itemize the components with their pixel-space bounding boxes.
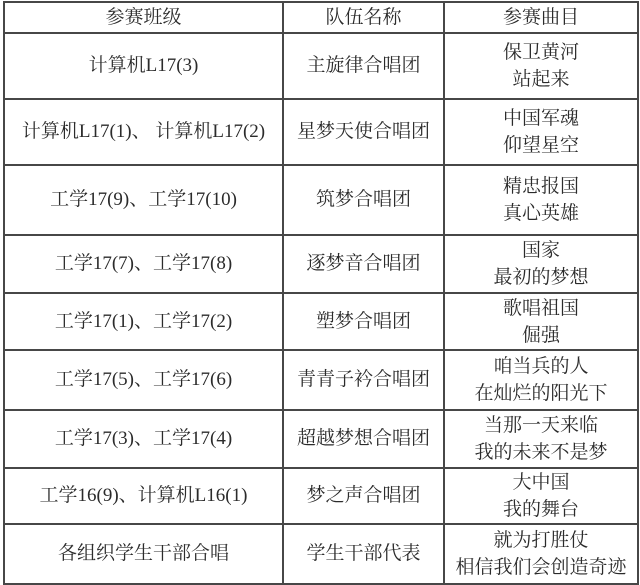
class-cell: 工学16(9)、计算机L16(1) xyxy=(4,468,283,524)
class-cell: 工学17(5)、工学17(6) xyxy=(4,350,283,410)
team-cell: 塑梦合唱团 xyxy=(283,293,444,350)
class-cell: 计算机L17(1)、 计算机L17(2) xyxy=(4,99,283,165)
song-line-2: 我的未来不是梦 xyxy=(447,439,635,466)
header-songs-column: 参赛曲目 xyxy=(444,2,638,33)
songs-cell: 歌唱祖国 倔强 xyxy=(444,293,638,350)
song-line-2: 最初的梦想 xyxy=(447,264,635,291)
header-team-column: 队伍名称 xyxy=(283,2,444,33)
song-line-1: 咱当兵的人 xyxy=(447,353,635,380)
song-line-2: 倔强 xyxy=(447,322,635,349)
song-line-2: 在灿烂的阳光下 xyxy=(447,380,635,407)
table-row: 工学17(5)、工学17(6) 青青子衿合唱团 咱当兵的人 在灿烂的阳光下 xyxy=(4,350,638,410)
header-row: 参赛班级 队伍名称 参赛曲目 xyxy=(4,2,638,33)
class-cell: 计算机L17(3) xyxy=(4,33,283,99)
song-line-2: 站起来 xyxy=(447,66,635,93)
team-cell: 梦之声合唱团 xyxy=(283,468,444,524)
class-cell: 工学17(3)、工学17(4) xyxy=(4,410,283,468)
songs-cell: 就为打胜仗 相信我们会创造奇迹 xyxy=(444,524,638,584)
class-cell: 工学17(7)、工学17(8) xyxy=(4,235,283,293)
chorus-schedule-table: 参赛班级 队伍名称 参赛曲目 计算机L17(3) 主旋律合唱团 保卫黄河 站起来… xyxy=(3,1,639,585)
songs-cell: 当那一天来临 我的未来不是梦 xyxy=(444,410,638,468)
songs-cell: 国家 最初的梦想 xyxy=(444,235,638,293)
team-cell: 主旋律合唱团 xyxy=(283,33,444,99)
song-line-1: 中国军魂 xyxy=(447,105,635,132)
class-cell: 各组织学生干部合唱 xyxy=(4,524,283,584)
song-line-1: 就为打胜仗 xyxy=(447,527,635,554)
team-cell: 逐梦音合唱团 xyxy=(283,235,444,293)
song-line-2: 仰望星空 xyxy=(447,132,635,159)
team-cell: 青青子衿合唱团 xyxy=(283,350,444,410)
team-cell: 筑梦合唱团 xyxy=(283,165,444,235)
table-row: 工学17(7)、工学17(8) 逐梦音合唱团 国家 最初的梦想 xyxy=(4,235,638,293)
class-cell: 工学17(9)、工学17(10) xyxy=(4,165,283,235)
team-cell: 学生干部代表 xyxy=(283,524,444,584)
song-line-1: 精忠报国 xyxy=(447,173,635,200)
song-line-2: 相信我们会创造奇迹 xyxy=(447,554,635,581)
song-line-1: 保卫黄河 xyxy=(447,39,635,66)
song-line-2: 我的舞台 xyxy=(447,496,635,523)
table-row: 工学17(3)、工学17(4) 超越梦想合唱团 当那一天来临 我的未来不是梦 xyxy=(4,410,638,468)
table-row: 工学17(9)、工学17(10) 筑梦合唱团 精忠报国 真心英雄 xyxy=(4,165,638,235)
songs-cell: 咱当兵的人 在灿烂的阳光下 xyxy=(444,350,638,410)
table-row: 计算机L17(3) 主旋律合唱团 保卫黄河 站起来 xyxy=(4,33,638,99)
table-row: 计算机L17(1)、 计算机L17(2) 星梦天使合唱团 中国军魂 仰望星空 xyxy=(4,99,638,165)
header-class-column: 参赛班级 xyxy=(4,2,283,33)
team-cell: 星梦天使合唱团 xyxy=(283,99,444,165)
song-line-2: 真心英雄 xyxy=(447,200,635,227)
table-row: 各组织学生干部合唱 学生干部代表 就为打胜仗 相信我们会创造奇迹 xyxy=(4,524,638,584)
table-row: 工学17(1)、工学17(2) 塑梦合唱团 歌唱祖国 倔强 xyxy=(4,293,638,350)
song-line-1: 国家 xyxy=(447,237,635,264)
song-line-1: 大中国 xyxy=(447,469,635,496)
songs-cell: 中国军魂 仰望星空 xyxy=(444,99,638,165)
class-cell: 工学17(1)、工学17(2) xyxy=(4,293,283,350)
songs-cell: 精忠报国 真心英雄 xyxy=(444,165,638,235)
table-row: 工学16(9)、计算机L16(1) 梦之声合唱团 大中国 我的舞台 xyxy=(4,468,638,524)
songs-cell: 大中国 我的舞台 xyxy=(444,468,638,524)
team-cell: 超越梦想合唱团 xyxy=(283,410,444,468)
songs-cell: 保卫黄河 站起来 xyxy=(444,33,638,99)
song-line-1: 歌唱祖国 xyxy=(447,295,635,322)
chorus-schedule-page: 参赛班级 队伍名称 参赛曲目 计算机L17(3) 主旋律合唱团 保卫黄河 站起来… xyxy=(0,0,640,585)
song-line-1: 当那一天来临 xyxy=(447,412,635,439)
